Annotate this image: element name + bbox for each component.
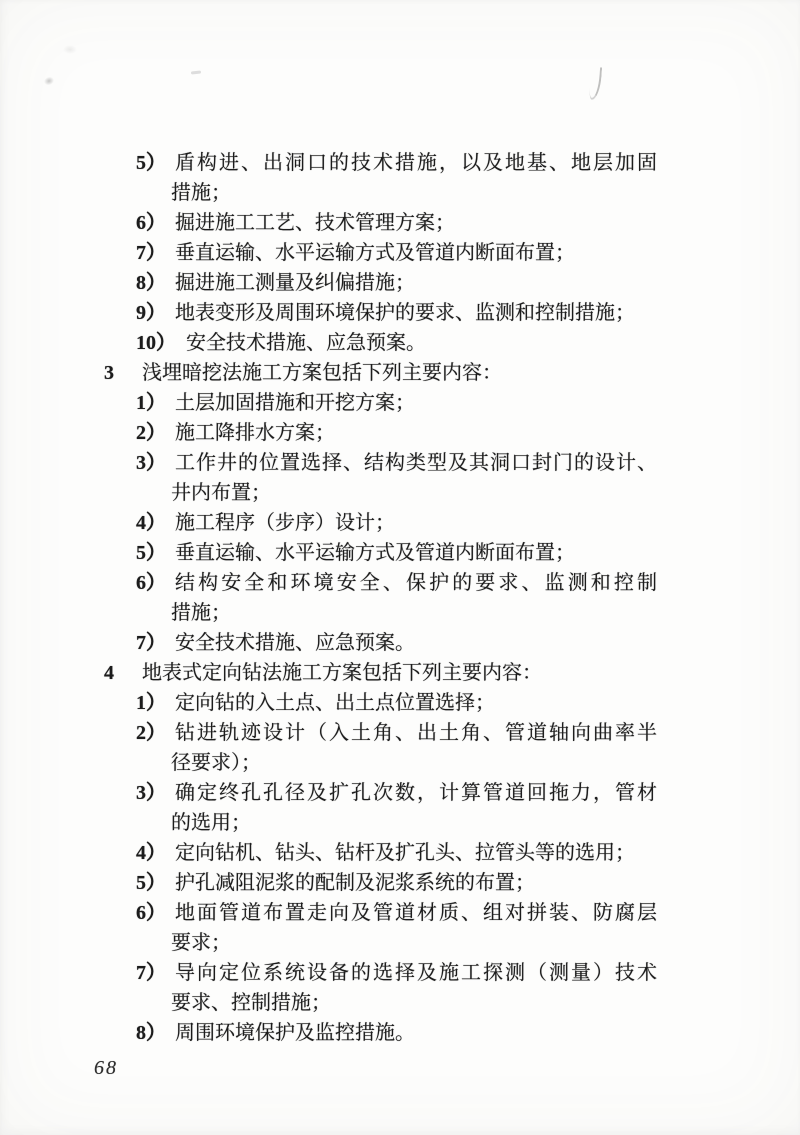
item-text: 钻进轨迹设计（入土角、出土角、管道轴向曲率半 — [175, 718, 657, 748]
scan-smudge-icon — [63, 45, 77, 54]
item-text: 措施； — [171, 598, 231, 628]
item-number: 8） — [136, 1018, 166, 1048]
list-item: 5）护孔减阻泥浆的配制及泥浆系统的布置； — [0, 868, 800, 898]
item-text: 要求； — [171, 928, 231, 958]
item-number: 4） — [136, 508, 166, 538]
item-text: 垂直运输、水平运输方式及管道内断面布置； — [175, 538, 575, 568]
scanned-document-page: 5）盾构进、出洞口的技术措施，以及地基、地层加固措施；6）掘进施工工艺、技术管理… — [0, 0, 800, 1135]
scan-stroke-icon — [589, 67, 602, 101]
item-text: 结构安全和环境安全、保护的要求、监测和控制 — [175, 568, 657, 598]
item-number: 7） — [136, 628, 166, 658]
list-item: 1）土层加固措施和开挖方案； — [0, 388, 800, 418]
item-number: 3） — [136, 448, 166, 478]
item-text: 井内布置； — [171, 478, 271, 508]
list-item: 10）安全技术措施、应急预案。 — [0, 328, 800, 358]
item-number: 3 — [104, 358, 114, 388]
item-number: 8） — [136, 268, 166, 298]
item-number: 1） — [136, 388, 166, 418]
item-number: 10） — [136, 328, 176, 358]
list-item-continuation: 措施； — [0, 178, 800, 208]
item-text: 确定终孔孔径及扩孔次数，计算管道回拖力，管材 — [175, 778, 657, 808]
item-number: 4） — [136, 838, 166, 868]
list-item: 3）确定终孔孔径及扩孔次数，计算管道回拖力，管材 — [0, 778, 800, 808]
list-item: 6）掘进施工工艺、技术管理方案； — [0, 208, 800, 238]
list-item-continuation: 措施； — [0, 598, 800, 628]
item-text: 施工程序（步序）设计； — [175, 508, 395, 538]
list-item: 2）施工降排水方案； — [0, 418, 800, 448]
item-number: 2） — [136, 718, 166, 748]
item-text: 安全技术措施、应急预案。 — [175, 628, 415, 658]
item-text: 盾构进、出洞口的技术措施，以及地基、地层加固 — [175, 148, 657, 178]
item-number: 5） — [136, 538, 166, 568]
body-text-block: 5）盾构进、出洞口的技术措施，以及地基、地层加固措施；6）掘进施工工艺、技术管理… — [0, 148, 800, 1048]
list-item: 4）施工程序（步序）设计； — [0, 508, 800, 538]
list-item: 7）垂直运输、水平运输方式及管道内断面布置； — [0, 238, 800, 268]
item-text: 导向定位系统设备的选择及施工探测（测量）技术 — [175, 958, 657, 988]
list-item-continuation: 的选用； — [0, 808, 800, 838]
item-text: 工作井的位置选择、结构类型及其洞口封门的设计、 — [175, 448, 657, 478]
list-item: 5）垂直运输、水平运输方式及管道内断面布置； — [0, 538, 800, 568]
list-item: 7）安全技术措施、应急预案。 — [0, 628, 800, 658]
list-item-continuation: 要求、控制措施； — [0, 988, 800, 1018]
list-item-continuation: 井内布置； — [0, 478, 800, 508]
item-text: 的选用； — [171, 808, 251, 838]
item-number: 6） — [136, 208, 166, 238]
item-number: 3） — [136, 778, 166, 808]
item-text: 定向钻的入土点、出土点位置选择； — [175, 688, 495, 718]
item-text: 径要求）； — [171, 748, 261, 778]
item-number: 1） — [136, 688, 166, 718]
item-number: 5） — [136, 148, 166, 178]
list-item: 1）定向钻的入土点、出土点位置选择； — [0, 688, 800, 718]
item-number: 4 — [104, 658, 114, 688]
clause-item: 4地表式定向钻法施工方案包括下列主要内容： — [0, 658, 800, 688]
scan-speck-icon — [43, 76, 55, 87]
item-text: 施工降排水方案； — [175, 418, 335, 448]
list-item: 4）定向钻机、钻头、钻杆及扩孔头、拉管头等的选用； — [0, 838, 800, 868]
item-text: 掘进施工工艺、技术管理方案； — [175, 208, 455, 238]
item-number: 7） — [136, 958, 166, 988]
list-item-continuation: 要求； — [0, 928, 800, 958]
list-item: 8）掘进施工测量及纠偏措施； — [0, 268, 800, 298]
item-text: 措施； — [171, 178, 231, 208]
list-item: 9）地表变形及周围环境保护的要求、监测和控制措施； — [0, 298, 800, 328]
item-text: 土层加固措施和开挖方案； — [175, 388, 415, 418]
item-text: 定向钻机、钻头、钻杆及扩孔头、拉管头等的选用； — [175, 838, 635, 868]
item-text: 地面管道布置走向及管道材质、组对拼装、防腐层 — [175, 898, 657, 928]
item-text: 地表变形及周围环境保护的要求、监测和控制措施； — [175, 298, 635, 328]
list-item: 2）钻进轨迹设计（入土角、出土角、管道轴向曲率半 — [0, 718, 800, 748]
item-number: 6） — [136, 898, 166, 928]
list-item: 8）周围环境保护及监控措施。 — [0, 1018, 800, 1048]
item-number: 9） — [136, 298, 166, 328]
item-number: 5） — [136, 868, 166, 898]
item-text: 要求、控制措施； — [171, 988, 331, 1018]
item-text: 地表式定向钻法施工方案包括下列主要内容： — [142, 658, 542, 688]
page-number: 68 — [94, 1053, 118, 1083]
list-item: 5）盾构进、出洞口的技术措施，以及地基、地层加固 — [0, 148, 800, 178]
item-text: 周围环境保护及监控措施。 — [175, 1018, 415, 1048]
list-item: 3）工作井的位置选择、结构类型及其洞口封门的设计、 — [0, 448, 800, 478]
list-item: 6）地面管道布置走向及管道材质、组对拼装、防腐层 — [0, 898, 800, 928]
scan-dash-icon — [191, 70, 201, 74]
item-number: 6） — [136, 568, 166, 598]
list-item: 7）导向定位系统设备的选择及施工探测（测量）技术 — [0, 958, 800, 988]
item-number: 7） — [136, 238, 166, 268]
clause-item: 3浅埋暗挖法施工方案包括下列主要内容： — [0, 358, 800, 388]
item-text: 护孔减阻泥浆的配制及泥浆系统的布置； — [175, 868, 535, 898]
item-text: 掘进施工测量及纠偏措施； — [175, 268, 415, 298]
item-text: 浅埋暗挖法施工方案包括下列主要内容： — [142, 358, 502, 388]
item-text: 安全技术措施、应急预案。 — [186, 328, 426, 358]
list-item-continuation: 径要求）； — [0, 748, 800, 778]
item-text: 垂直运输、水平运输方式及管道内断面布置； — [175, 238, 575, 268]
item-number: 2） — [136, 418, 166, 448]
list-item: 6）结构安全和环境安全、保护的要求、监测和控制 — [0, 568, 800, 598]
